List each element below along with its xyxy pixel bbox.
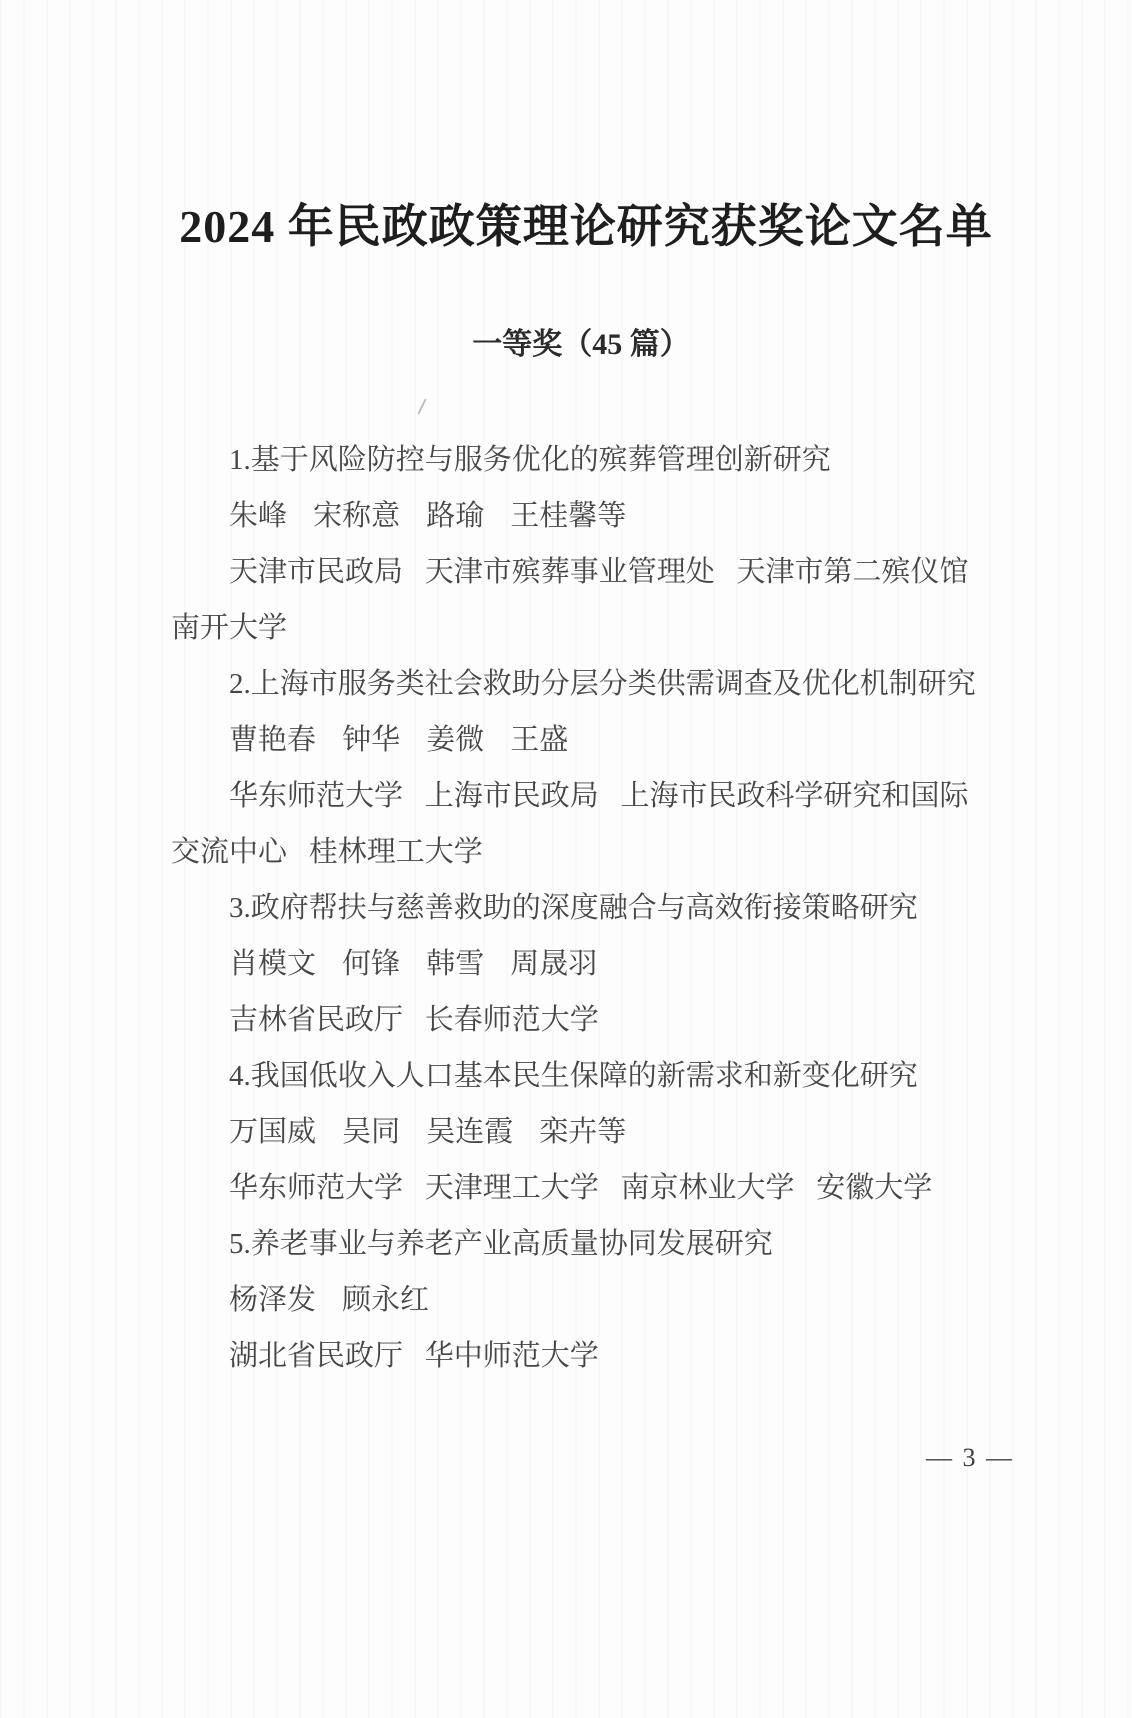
scan-artifact-mark (417, 398, 426, 414)
paper-entry: 1.基于风险防控与服务优化的殡葬管理创新研究 朱峰 宋称意 路瑜 王桂馨等 天津… (171, 432, 979, 656)
paper-authors: 万国威 吴同 吴连霞 栾卉等 (171, 1104, 979, 1160)
paper-authors: 肖模文 何锋 韩雪 周晟羽 (171, 936, 979, 992)
paper-entry: 4.我国低收入人口基本民生保障的新需求和新变化研究 万国威 吴同 吴连霞 栾卉等… (171, 1048, 979, 1216)
paper-title: 2.上海市服务类社会救助分层分类供需调查及优化机制研究 (171, 656, 979, 712)
paper-institutions: 吉林省民政厅 长春师范大学 (171, 992, 979, 1048)
document-title: 2024 年民政政策理论研究获奖论文名单 (20, 198, 1132, 256)
paper-institutions: 华东师范大学 上海市民政局 上海市民政科学研究和国际交流中心 桂林理工大学 (171, 768, 979, 880)
paper-authors: 朱峰 宋称意 路瑜 王桂馨等 (171, 488, 979, 544)
paper-title: 5.养老事业与养老产业高质量协同发展研究 (171, 1216, 979, 1272)
paper-institutions: 华东师范大学 天津理工大学 南京林业大学 安徽大学 (171, 1160, 979, 1216)
paper-entry: 3.政府帮扶与慈善救助的深度融合与高效衔接策略研究 肖模文 何锋 韩雪 周晟羽 … (171, 880, 979, 1048)
paper-title: 3.政府帮扶与慈善救助的深度融合与高效衔接策略研究 (171, 880, 979, 936)
paper-authors: 杨泽发 顾永红 (171, 1272, 979, 1328)
document-page: 2024 年民政政策理论研究获奖论文名单 一等奖（45 篇） 1.基于风险防控与… (0, 0, 1132, 1718)
paper-title: 4.我国低收入人口基本民生保障的新需求和新变化研究 (171, 1048, 979, 1104)
paper-authors: 曹艳春 钟华 姜微 王盛 (171, 712, 979, 768)
paper-institutions: 湖北省民政厅 华中师范大学 (171, 1328, 979, 1384)
page-number: — 3 — (926, 1444, 1014, 1472)
paper-entry: 2.上海市服务类社会救助分层分类供需调查及优化机制研究 曹艳春 钟华 姜微 王盛… (171, 656, 979, 880)
paper-title: 1.基于风险防控与服务优化的殡葬管理创新研究 (171, 432, 979, 488)
section-heading: 一等奖（45 篇） (15, 326, 1132, 364)
paper-list: 1.基于风险防控与服务优化的殡葬管理创新研究 朱峰 宋称意 路瑜 王桂馨等 天津… (171, 432, 979, 1384)
paper-entry: 5.养老事业与养老产业高质量协同发展研究 杨泽发 顾永红 湖北省民政厅 华中师范… (171, 1216, 979, 1384)
paper-institutions: 天津市民政局 天津市殡葬事业管理处 天津市第二殡仪馆 南开大学 (171, 544, 979, 656)
